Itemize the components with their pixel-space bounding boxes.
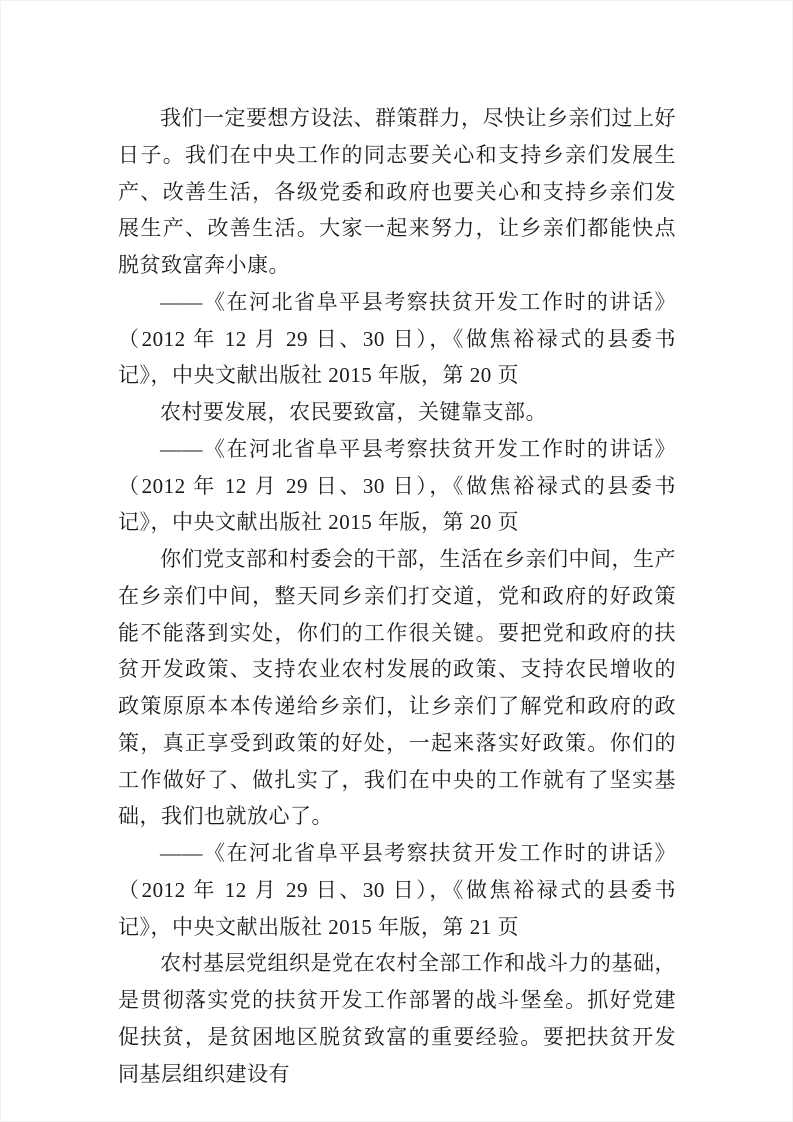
body-paragraph: 农村基层党组织是党在农村全部工作和战斗力的基础，是贯彻落实党的扶贫开发工作部署的…: [118, 945, 676, 1092]
citation-paragraph: ——《在河北省阜平县考察扶贫开发工作时的讲话》（2012 年 12 月 29 日…: [118, 835, 676, 945]
body-paragraph: 你们党支部和村委会的干部，生活在乡亲们中间，生产在乡亲们中间，整天同乡亲们打交道…: [118, 541, 676, 835]
document-page: 我们一定要想方设法、群策群力，尽快让乡亲们过上好日子。我们在中央工作的同志要关心…: [0, 0, 793, 1122]
citation-paragraph: ——《在河北省阜平县考察扶贫开发工作时的讲话》（2012 年 12 月 29 日…: [118, 284, 676, 394]
body-paragraph: 农村要发展，农民要致富，关键靠支部。: [118, 394, 676, 431]
document-text-block: 我们一定要想方设法、群策群力，尽快让乡亲们过上好日子。我们在中央工作的同志要关心…: [118, 100, 676, 1092]
citation-paragraph: ——《在河北省阜平县考察扶贫开发工作时的讲话》（2012 年 12 月 29 日…: [118, 431, 676, 541]
body-paragraph: 我们一定要想方设法、群策群力，尽快让乡亲们过上好日子。我们在中央工作的同志要关心…: [118, 100, 676, 284]
